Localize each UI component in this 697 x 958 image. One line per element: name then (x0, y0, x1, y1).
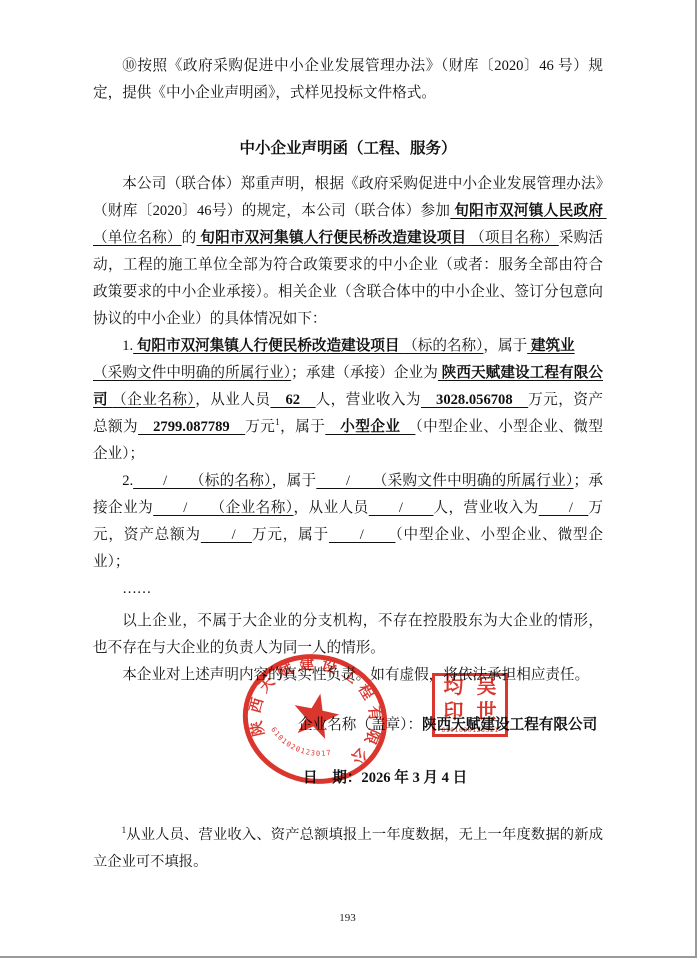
document-page: ⑩按照《政府采购促进中小企业发展管理办法》（财库〔2020〕46 号）规定，提供… (0, 0, 697, 958)
closing-paragraph-1: 以上企业，不属于大企业的分支机构，不存在控股股东为大企业的情形，也不存在与大企业… (93, 608, 603, 662)
purchaser-note: （单位名称） (93, 230, 182, 246)
item2-text: ，属于 (272, 473, 317, 489)
purchaser-name: 旬阳市双河镇人民政府 (450, 203, 606, 219)
ellipsis-line: …… (93, 576, 603, 603)
intro-text: ⑩按照《政府采购促进中小企业发展管理办法》（财库〔2020〕46 号）规定，提供… (93, 58, 603, 101)
item1-industry-note: （采购文件中明确的所属行业） (93, 365, 291, 381)
item2-blank-industry: / （采购文件中明确的所属行业） (316, 473, 573, 489)
date-value: 2026 年 3 月 4 日 (361, 770, 467, 786)
item2-blank-subject: / （标的名称） (133, 473, 272, 489)
item2-blank-revenue: / (539, 500, 589, 516)
signature-label: 企业名称（盖章）： (298, 717, 422, 733)
date-label: 日 期： (303, 770, 361, 786)
item1-text: 人，营业收入为 (316, 392, 421, 408)
signature-company-name: 陕西天赋建设工程有限公司 (422, 717, 597, 733)
item2-text: ，从业人员 (294, 500, 369, 516)
footnote-paragraph: 1从业人员、营业收入、资产总额填报上一年度数据，无上一年度数据的新成立企业可不填… (93, 822, 603, 876)
item1-employees: 62 (270, 392, 315, 408)
item1-industry: 建筑业 (527, 338, 574, 354)
item1-assets: 2799.087789 (138, 419, 245, 435)
item1-text: 万元 (245, 419, 275, 435)
item1-text: ；承建（承接）企业为 (291, 365, 438, 381)
declaration-paragraph: 本公司（联合体）郑重声明，根据《政府采购促进中小企业发展管理办法》（财库〔202… (93, 171, 603, 333)
declaration-conj: 的 (182, 230, 197, 246)
item1-text: ，从业人员 (195, 392, 270, 408)
intro-paragraph: ⑩按照《政府采购促进中小企业发展管理办法》（财库〔2020〕46 号）规定，提供… (93, 53, 603, 107)
project-name: 旬阳市双河集镇人行便民桥改造建设项目 (196, 230, 470, 246)
item2-text: 人，营业收入为 (433, 500, 538, 516)
item2-blank-company: / （企业名称） (153, 500, 293, 516)
item2-number: 2. (122, 473, 133, 489)
item1-text: ，属于 (280, 419, 326, 435)
page-number: 193 (0, 905, 695, 932)
item1-number: 1. (122, 338, 133, 354)
item2-blank-employees: / (369, 500, 434, 516)
document-title: 中小企业声明函（工程、服务） (93, 135, 603, 162)
item2-text: 万元，属于 (252, 527, 329, 543)
item1-subject-note: （标的名称） (403, 338, 483, 354)
item2-blank-size: / (329, 527, 395, 543)
item2-paragraph: 2. / （标的名称），属于 / （采购文件中明确的所属行业）；承接企业为 / … (93, 468, 603, 576)
date-line: 日 期：2026 年 3 月 4 日 (303, 765, 603, 792)
footnote-text: 从业人员、营业收入、资产总额填报上一年度数据，无上一年度数据的新成立企业可不填报… (93, 827, 603, 870)
project-note: （项目名称） (470, 230, 559, 246)
closing-paragraph-2: 本企业对上述声明内容的真实性负责。如有虚假，将依法承担相应责任。 (93, 662, 603, 689)
item2-blank-assets: / (201, 527, 252, 543)
item1-paragraph: 1. 旬阳市双河集镇人行便民桥改造建设项目 （标的名称），属于 建筑业（采购文件… (93, 333, 603, 468)
item1-revenue: 3028.056708 (421, 392, 528, 408)
item1-subject: 旬阳市双河集镇人行便民桥改造建设项目 (133, 338, 403, 354)
item1-company-note: （企业名称） (112, 392, 195, 408)
signature-line: 企业名称（盖章）：陕西天赋建设工程有限公司 (298, 712, 603, 739)
item1-enterprise-size: 小型企业 (325, 419, 415, 435)
item1-text: ，属于 (483, 338, 527, 354)
